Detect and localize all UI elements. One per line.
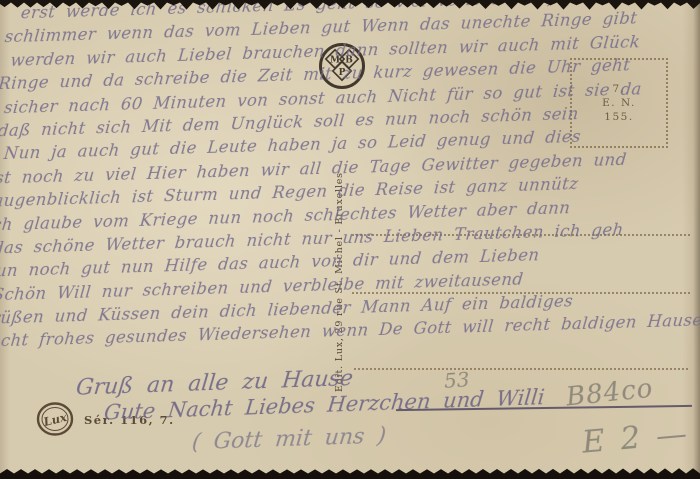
deckled-edge-bottom: [0, 465, 700, 479]
address-dotted-line: [354, 368, 688, 370]
handwritten-message: erst werde ich es schicken Es geht so vi…: [0, 0, 700, 354]
deckled-edge-top: [0, 0, 700, 12]
lux-logo-text: Lux: [41, 410, 68, 429]
pencil-number: 53: [443, 367, 470, 393]
postcard-back: M B P 7. E. N. 155. Edit. Lux, 29 rue St…: [0, 0, 700, 479]
pencil-price-code: E 2 —: [581, 415, 692, 460]
handwritten-postscript: ( Gott mit uns ): [191, 424, 388, 456]
lux-logo: Lux: [34, 399, 78, 439]
